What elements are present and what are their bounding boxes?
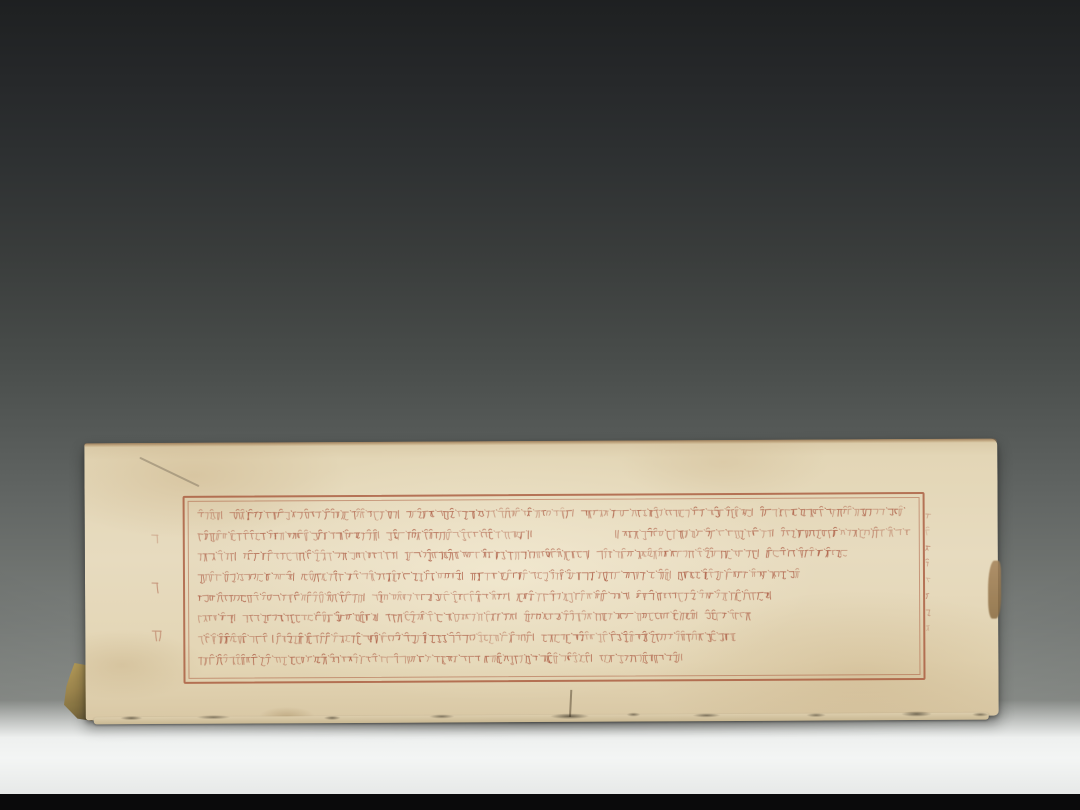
right-margin-inscription — [923, 509, 942, 647]
photo-bottom-edge — [0, 794, 1080, 810]
text-line-8 — [197, 647, 911, 671]
paper-crack — [139, 457, 199, 487]
text-block — [197, 502, 912, 677]
photograph — [0, 0, 1080, 810]
right-edge-tear — [988, 561, 1001, 619]
text-frame — [183, 492, 926, 684]
manuscript-folio — [84, 439, 998, 721]
left-margin-marks — [149, 525, 176, 675]
